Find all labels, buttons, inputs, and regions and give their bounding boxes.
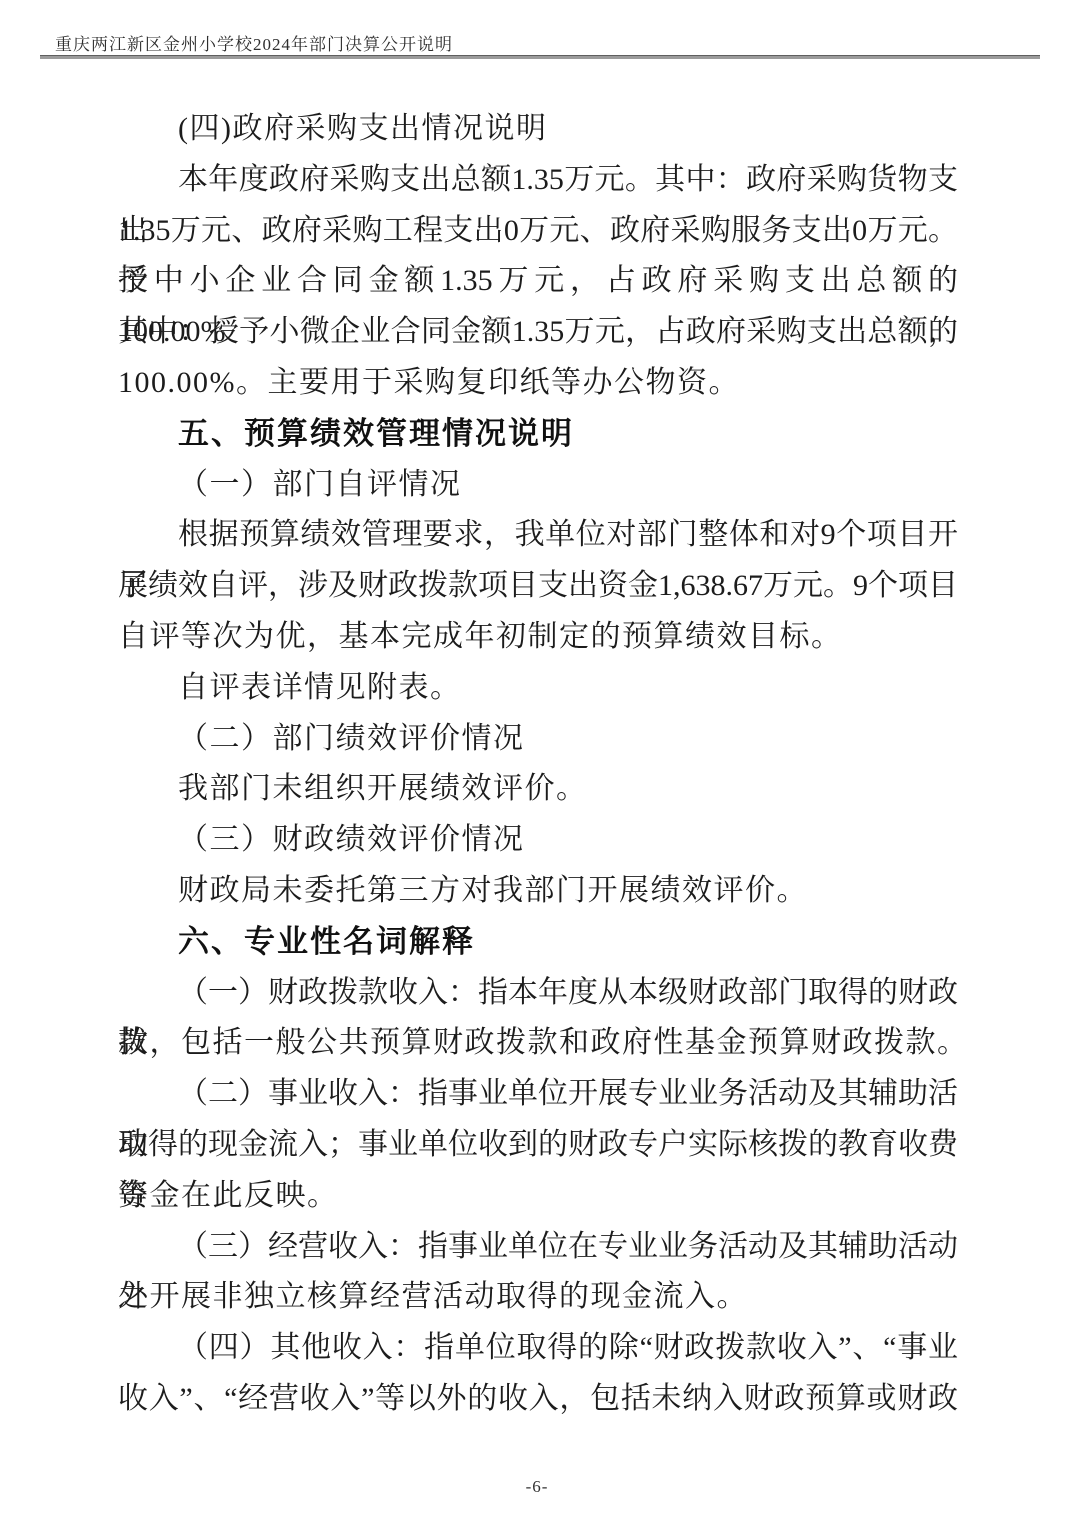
body-line: 自评等次为优，基本完成年初制定的预算绩效目标。 — [118, 612, 958, 663]
body-line: (四)政府采购支出情况说明 — [118, 104, 958, 155]
body-line: （三）经营收入：指事业单位在专业业务活动及其辅助活动之 — [118, 1222, 958, 1273]
body-line: （一）财政拨款收入：指本年度从本级财政部门取得的财政拨 — [118, 968, 958, 1019]
body-line: 其中：授予小微企业合同金额1.35万元，占政府采购支出总额的 — [118, 307, 958, 358]
body-line: （二）部门绩效评价情况 — [118, 714, 958, 765]
body-line: 自评表详情见附表。 — [118, 663, 958, 714]
section-heading: 六、专业性名词解释 — [118, 917, 958, 968]
document-body: (四)政府采购支出情况说明本年度政府采购支出总额1.35万元。其中：政府采购货物… — [118, 104, 958, 1425]
body-line: （四）其他收入：指单位取得的除“财政拨款收入”、“事业 — [118, 1323, 958, 1374]
body-line: 财政局未委托第三方对我部门开展绩效评价。 — [118, 866, 958, 917]
body-line: （一）部门自评情况 — [118, 460, 958, 511]
document-page: 重庆两江新区金州小学校2024年部门决算公开说明 (四)政府采购支出情况说明本年… — [0, 0, 1074, 1520]
body-line: 根据预算绩效管理要求，我单位对部门整体和对9个项目开展 — [118, 510, 958, 561]
body-line: 本年度政府采购支出总额1.35万元。其中：政府采购货物支出 — [118, 155, 958, 206]
body-line: 款，包括一般公共预算财政拨款和政府性基金预算财政拨款。 — [118, 1018, 958, 1069]
page-number: -6- — [0, 1477, 1074, 1497]
body-line: （三）财政绩效评价情况 — [118, 815, 958, 866]
body-line: 了绩效自评，涉及财政拨款项目支出资金1,638.67万元。9个项目 — [118, 561, 958, 612]
body-line: 1.35万元、政府采购工程支出0万元、政府采购服务支出0万元。授 — [118, 206, 958, 257]
section-heading: 五、预算绩效管理情况说明 — [118, 409, 958, 460]
body-line: 资金在此反映。 — [118, 1171, 958, 1222]
body-line: （二）事业收入：指事业单位开展专业业务活动及其辅助活动 — [118, 1069, 958, 1120]
body-line: 予中小企业合同金额1.35万元，占政府采购支出总额的100.00%， — [118, 256, 958, 307]
body-line: 外开展非独立核算经营活动取得的现金流入。 — [118, 1272, 958, 1323]
header-rule-divider — [40, 55, 1040, 59]
page-header-title: 重庆两江新区金州小学校2024年部门决算公开说明 — [55, 30, 453, 55]
body-line: 收入”、“经营收入”等以外的收入，包括未纳入财政预算或财政 — [118, 1374, 958, 1425]
body-line: 100.00%。主要用于采购复印纸等办公物资。 — [118, 358, 958, 409]
body-line: 我部门未组织开展绩效评价。 — [118, 764, 958, 815]
body-line: 取得的现金流入；事业单位收到的财政专户实际核拨的教育收费等 — [118, 1120, 958, 1171]
